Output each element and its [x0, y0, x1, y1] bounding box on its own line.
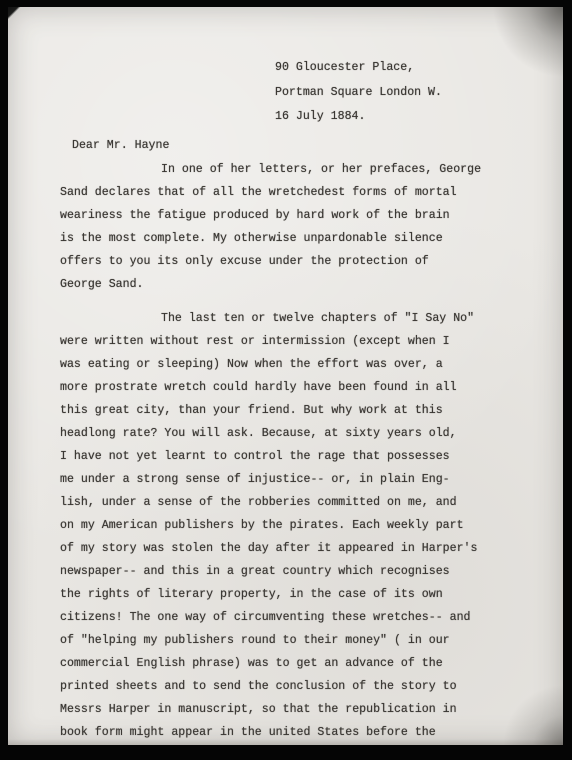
letter-line: George Sand. [60, 273, 481, 296]
sender-address-block: 90 Gloucester Place,Portman Square Londo… [275, 56, 442, 130]
letter-line: I have not yet learnt to control the rag… [60, 445, 481, 468]
letter-line: this great city, than your friend. But w… [60, 399, 481, 422]
letter-line: headlong rate? You will ask. Because, at… [60, 422, 481, 445]
letter-line: were written without rest or intermissio… [60, 330, 481, 353]
address-line: 16 July 1884. [275, 105, 442, 130]
letter-line: is the most complete. My otherwise unpar… [60, 227, 481, 250]
letter-line: printed sheets and to send the conclusio… [60, 675, 481, 698]
scanned-letter-page: 90 Gloucester Place,Portman Square Londo… [0, 0, 572, 760]
salutation: Dear Mr. Hayne [72, 134, 169, 157]
letter-line: lish, under a sense of the robberies com… [60, 491, 481, 514]
letter-body: In one of her letters, or her prefaces, … [60, 158, 481, 744]
letter-line: more prostrate wretch could hardly have … [60, 376, 481, 399]
letter-paper: 90 Gloucester Place,Portman Square Londo… [8, 7, 563, 745]
letter-line: offers to you its only excuse under the … [60, 250, 481, 273]
letter-line: Sand declares that of all the wretchedes… [60, 181, 481, 204]
letter-line: citizens! The one way of circumventing t… [60, 606, 481, 629]
letter-line: book form might appear in the united Sta… [60, 721, 481, 744]
letter-line: the rights of literary property, in the … [60, 583, 481, 606]
letter-line: on my American publishers by the pirates… [60, 514, 481, 537]
letter-line: of my story was stolen the day after it … [60, 537, 481, 560]
paragraph-1: In one of her letters, or her prefaces, … [60, 158, 481, 296]
letter-line: weariness the fatigue produced by hard w… [60, 204, 481, 227]
letter-line: The last ten or twelve chapters of "I Sa… [60, 307, 481, 330]
address-line: 90 Gloucester Place, [275, 56, 442, 81]
paragraph-2: The last ten or twelve chapters of "I Sa… [60, 307, 481, 744]
letter-line: was eating or sleeping) Now when the eff… [60, 353, 481, 376]
letter-line: commercial English phrase) was to get an… [60, 652, 481, 675]
letter-line: newspaper-- and this in a great country … [60, 560, 481, 583]
address-line: Portman Square London W. [275, 81, 442, 106]
letter-line: In one of her letters, or her prefaces, … [60, 158, 481, 181]
letter-line: me under a strong sense of injustice-- o… [60, 468, 481, 491]
letter-line: of "helping my publishers round to their… [60, 629, 481, 652]
letter-line: Messrs Harper in manuscript, so that the… [60, 698, 481, 721]
